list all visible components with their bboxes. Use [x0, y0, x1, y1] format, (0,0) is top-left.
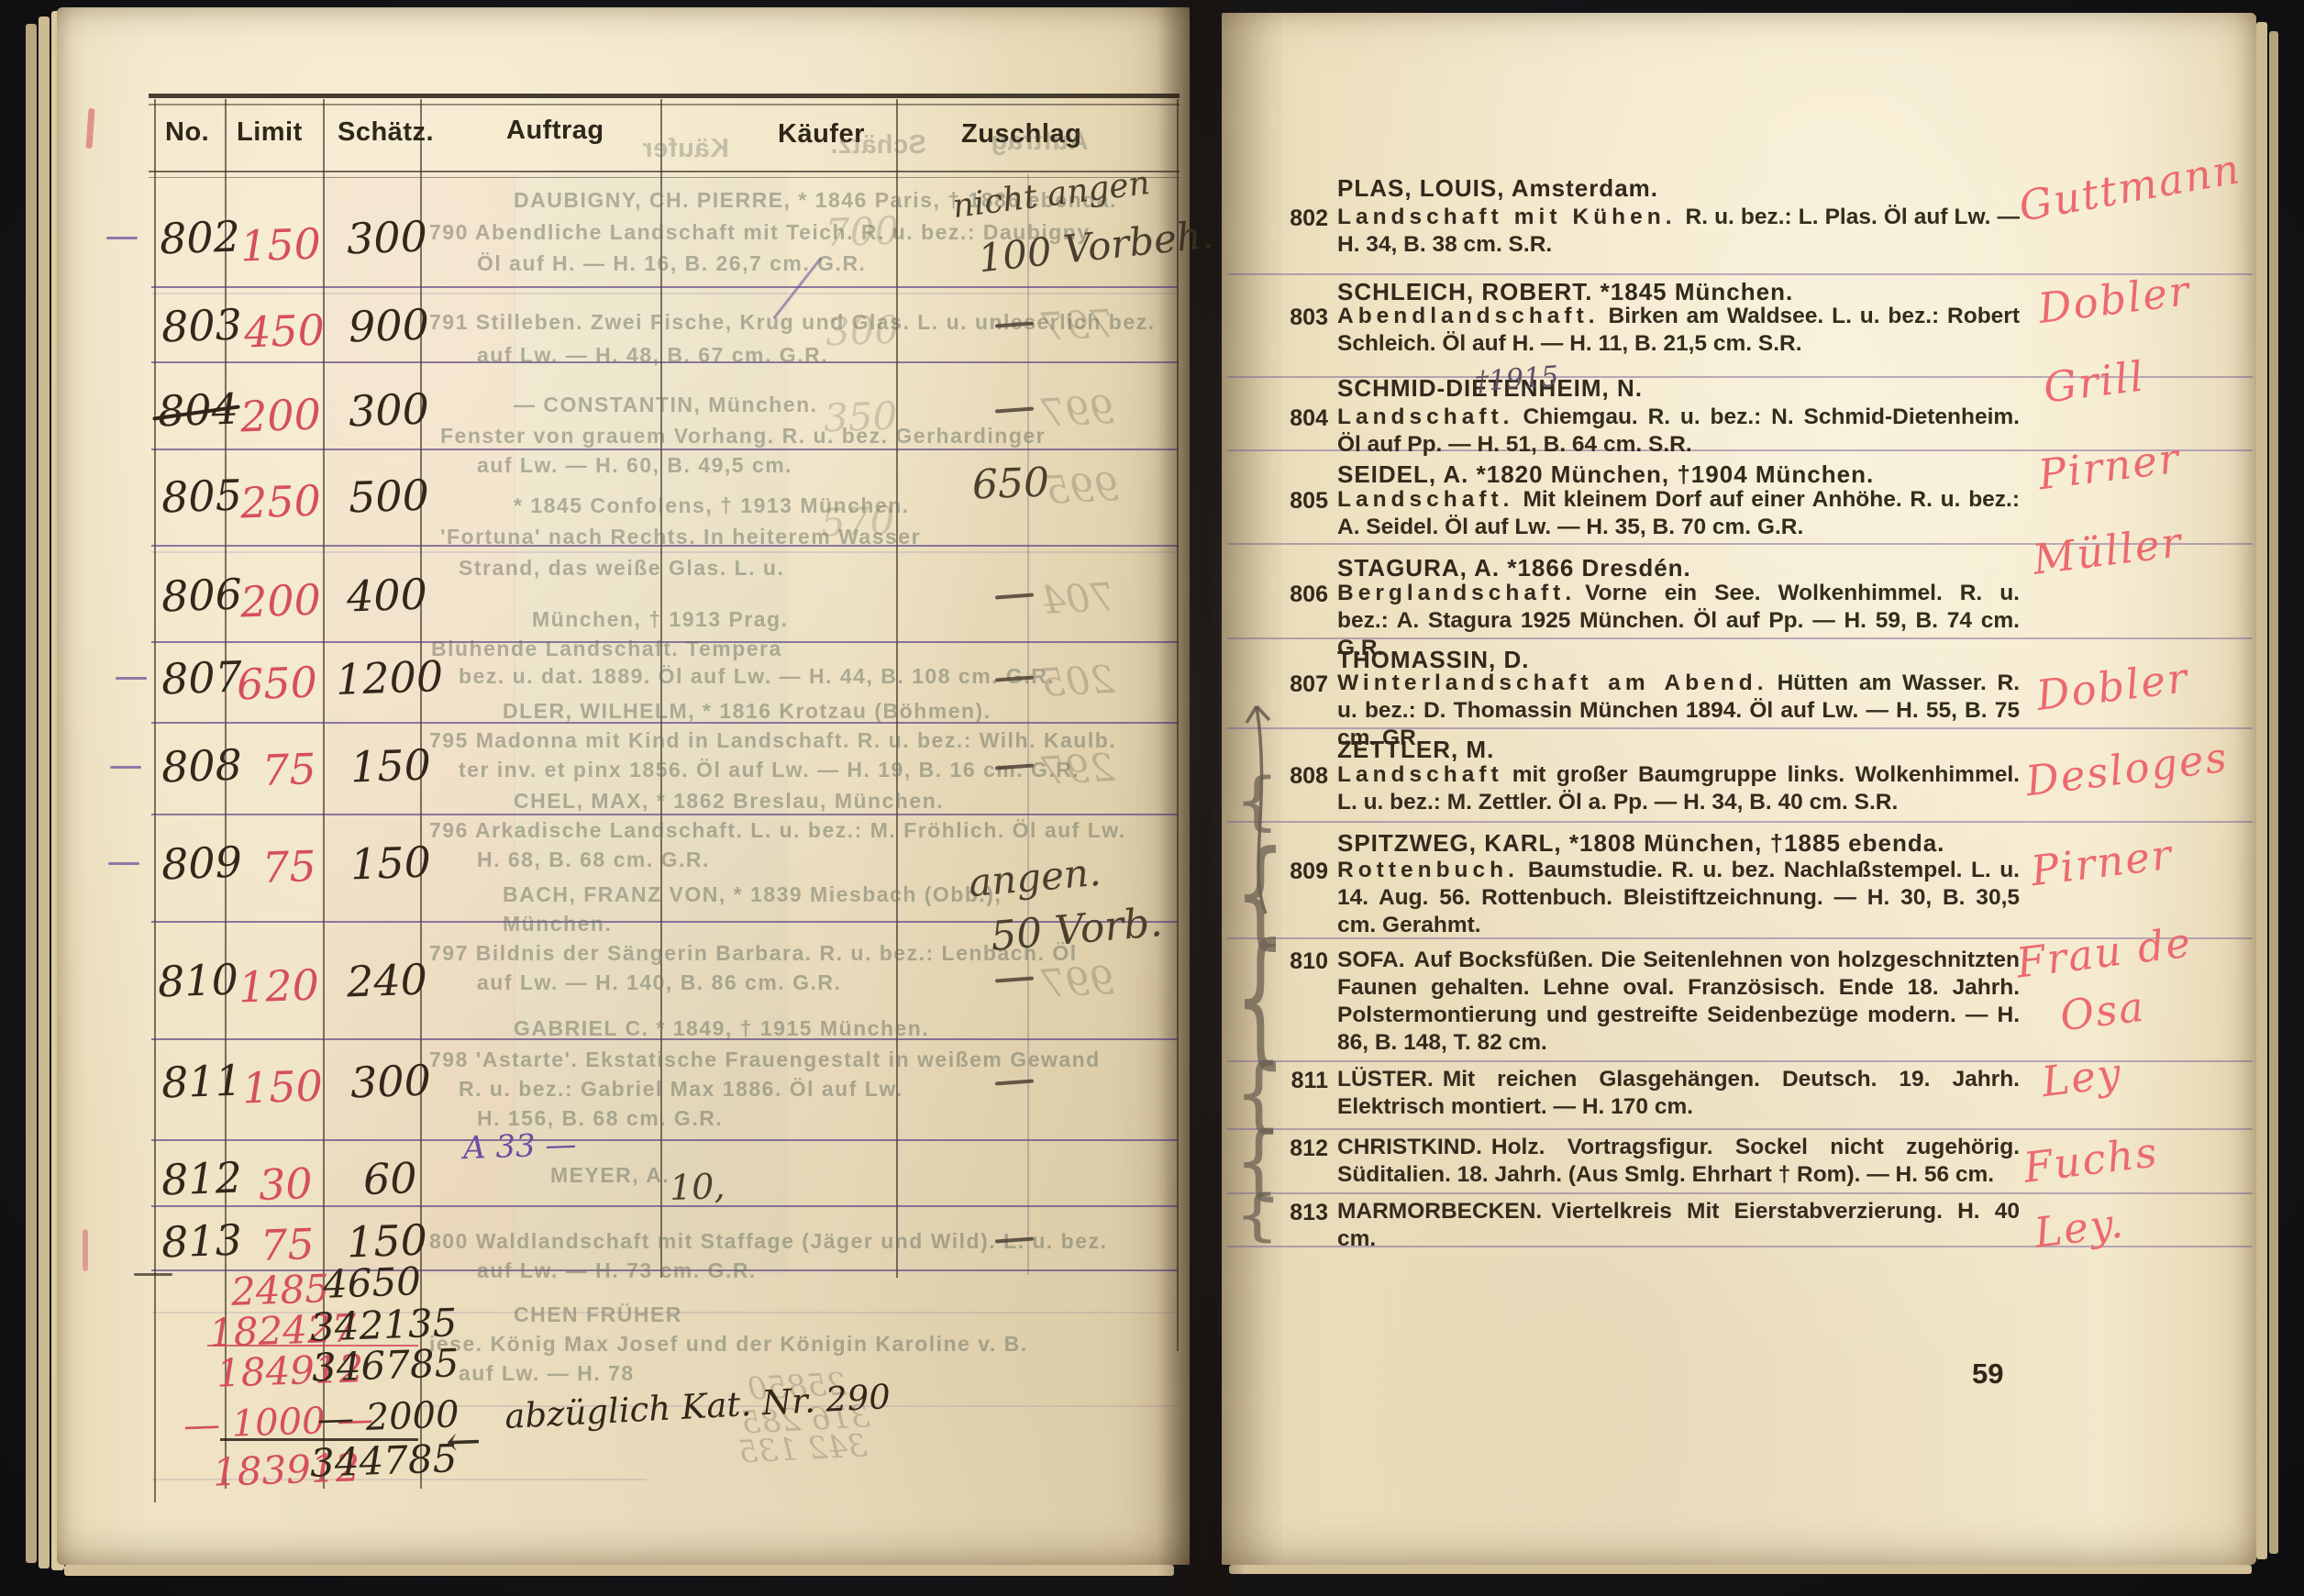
- margin-tick: [116, 677, 147, 680]
- pencil-brace-icon: [1235, 1192, 1279, 1238]
- bleedthrough-header: Schätz.: [830, 130, 926, 161]
- margin-tick: [106, 237, 138, 239]
- entry-title: Landschaft.: [1337, 487, 1514, 512]
- bleedthrough-line: ter inv. et pinx 1856. Öl auf Lw. — H. 1…: [459, 758, 1080, 782]
- catalog-entry: 810 SOFA.Auf Bocksfüßen. Die Seitenlehne…: [1280, 947, 2020, 1057]
- limit-value: 150: [241, 1060, 324, 1113]
- artist-header: PLAS, LOUIS, Amsterdam.: [1337, 174, 1658, 203]
- margin-tick: [134, 1273, 172, 1276]
- lot-no: 803: [161, 299, 243, 351]
- bleedthrough-line: iese. König Max Josef und der Königin Ka…: [429, 1332, 1028, 1357]
- column-header-auftrag: Auftrag: [506, 116, 604, 146]
- limit-value: 75: [260, 1219, 315, 1270]
- limit-value: 450: [243, 305, 326, 357]
- lot-no: 810: [157, 954, 239, 1006]
- bleedthrough-line: Fenster von grauem Vorhang. R. u. bez. G…: [440, 424, 1046, 449]
- entry-number: 808: [1280, 763, 1328, 790]
- table-top-rule: [149, 94, 1180, 98]
- entry-title: Landschaft mit Kühen.: [1337, 205, 1677, 229]
- page-stack-edge: [2256, 22, 2267, 1559]
- entry-body: Mit reichen Glasgehängen. Deutsch. 19. J…: [1337, 1067, 2020, 1119]
- entry-title: Berglandschaft.: [1337, 581, 1576, 605]
- ghost-number-mirrored: 797: [1040, 301, 1116, 349]
- row-rule: [151, 551, 1179, 553]
- entry-title: Rottenbuch.: [1337, 858, 1519, 882]
- ghost-number-mirrored: 342 135: [737, 1427, 869, 1470]
- entry-number: 802: [1280, 205, 1328, 232]
- entry-separator: [1227, 821, 2253, 823]
- bleedthrough-line: 795 Madonna mit Kind in Landschaft. R. u…: [429, 728, 1116, 753]
- bleedthrough-line: München, † 1913 Prag.: [532, 607, 788, 632]
- entry-body: Auf Bocksfüßen. Die Seitenlehnen von hol…: [1337, 948, 2020, 1055]
- entry-number: 812: [1280, 1136, 1328, 1162]
- entry-number: 813: [1280, 1200, 1328, 1226]
- ghost-number-mirrored: 297: [1040, 745, 1116, 793]
- entry-number: 807: [1280, 671, 1328, 698]
- catalog-entry: 808 Landschaftmit großer Baumgruppe link…: [1280, 761, 2020, 816]
- artist-death-note: †1915: [1474, 360, 1560, 398]
- zuschlag-value: 650: [971, 460, 1050, 509]
- page-stack-edge: [39, 17, 50, 1568]
- schaetz-value: 500: [348, 470, 430, 522]
- bleedthrough-line: München.: [503, 912, 612, 937]
- arrow-left-icon: ←: [445, 1415, 482, 1466]
- lot-no: 806: [161, 569, 243, 621]
- entry-separator: [1227, 1128, 2253, 1130]
- page-stack-edge: [1229, 1565, 2252, 1574]
- row-rule: [151, 814, 1179, 815]
- limit-value: 650: [236, 657, 318, 709]
- limit-value: 200: [239, 389, 322, 441]
- column-header-schaetz: Schätz.: [338, 117, 434, 148]
- pencil-brace-icon: [1235, 937, 1286, 1058]
- column-divider: [154, 99, 156, 1502]
- table-top-rule-2: [149, 104, 1180, 105]
- catalog-entry: 809 Rottenbuch.Baumstudie. R. u. bez. Na…: [1280, 857, 2020, 939]
- schaetz-value: 300: [346, 211, 428, 263]
- schaetz-value: 1200: [335, 651, 444, 704]
- schaetz-value: 400: [346, 569, 428, 621]
- entry-number: 806: [1280, 582, 1328, 608]
- bleedthrough-line: H. 156, B. 68 cm. G.R.: [477, 1106, 723, 1131]
- row-rule: [151, 293, 1179, 294]
- header-bottom-rule-2: [149, 177, 1180, 178]
- lot-no: 802: [159, 211, 241, 263]
- limit-value: 75: [261, 841, 316, 892]
- column-header-limit: Limit: [237, 117, 303, 148]
- schaetz-value: 300: [348, 383, 430, 436]
- bleedthrough-line: Blühende Landschaft. Tempera: [431, 637, 782, 661]
- buyer-name: Ley: [2039, 1048, 2125, 1106]
- row-rule: [151, 286, 1179, 288]
- ghost-number-mirrored: 704: [1040, 574, 1116, 623]
- entry-number: 805: [1280, 488, 1328, 515]
- bleedthrough-line: auf Lw. — H. 140, B. 86 cm. G.R.: [477, 970, 841, 995]
- artist-header: ZETTLER, M.: [1337, 736, 1494, 764]
- red-margin-stroke: [83, 1229, 88, 1271]
- auction-ledger-book-scan: No. Limit Schätz. Auftrag Käufer Zuschla…: [0, 0, 2304, 1596]
- catalog-entry: 805 Landschaft.Mit kleinem Dorf auf eine…: [1280, 486, 2020, 541]
- bleedthrough-header: Käufer: [642, 134, 729, 164]
- bleed-column-line: [1027, 174, 1029, 1275]
- bleedthrough-line: bez. u. dat. 1889. Öl auf Lw. — H. 44, B…: [459, 664, 1055, 689]
- artist-header: SPITZWEG, KARL, *1808 München, †1885 ebe…: [1337, 829, 1944, 858]
- entry-title: CHRISTKIND.: [1337, 1135, 1482, 1159]
- bleedthrough-line: auf Lw. — H. 73 cm. G.R.: [477, 1258, 757, 1283]
- bleedthrough-line: CHEL, MAX, * 1862 Breslau, München.: [514, 789, 944, 814]
- schaetz-final-total: 344785: [309, 1435, 458, 1486]
- ghost-number: 300: [825, 307, 900, 355]
- bleedthrough-line: BACH, FRANZ VON, * 1839 Miesbach (Obb.),: [503, 882, 1002, 907]
- auftrag-note: A 33 —: [462, 1126, 577, 1167]
- pencil-brace-icon: [1235, 775, 1279, 826]
- bleedthrough-line: auf Lw. — H. 48, B. 67 cm. G.R.: [477, 343, 828, 368]
- lot-no: 807: [161, 651, 243, 704]
- schaetz-value: 900: [348, 299, 430, 351]
- lot-no: 813: [161, 1214, 243, 1267]
- header-bottom-rule: [149, 171, 1180, 172]
- schaetz-value: 60: [362, 1153, 417, 1204]
- bleedthrough-line: 797 Bildnis der Sängerin Barbara. R. u. …: [429, 941, 1078, 966]
- limit-value: 120: [238, 959, 320, 1012]
- limit-value: 200: [239, 574, 322, 626]
- ghost-number-mirrored: 997: [1040, 958, 1116, 1006]
- row-rule: [151, 1139, 1179, 1141]
- entry-separator: [1227, 1192, 2253, 1194]
- catalog-entry: 812 CHRISTKIND.Holz. Vortragsfigur. Sock…: [1280, 1134, 2020, 1189]
- buyer-name-line2: Osa: [2057, 982, 2148, 1041]
- page-stack-edge: [2269, 31, 2278, 1554]
- limit-value: 250: [239, 475, 322, 527]
- schaetz-value: 150: [349, 739, 432, 792]
- catalog-entry: 813 MARMORBECKEN.Viertelkreis Mit Eierst…: [1280, 1198, 2020, 1253]
- lot-no: 808: [161, 739, 243, 792]
- entry-number: 810: [1280, 948, 1328, 975]
- entry-title: MARMORBECKEN.: [1337, 1199, 1542, 1224]
- artist-header: SEIDEL, A. *1820 München, †1904 München.: [1337, 460, 1874, 489]
- column-header-no: No.: [165, 117, 209, 148]
- entry-number: 809: [1280, 859, 1328, 885]
- artist-header: STAGURA, A. *1866 Dresdén.: [1337, 554, 1691, 582]
- bleedthrough-line: GABRIEL C. * 1849, † 1915 München.: [514, 1016, 929, 1041]
- catalog-entry: 802 Landschaft mit Kühen.R. u. bez.: L. …: [1280, 204, 2020, 259]
- limit-value: 150: [239, 218, 322, 271]
- entry-number: 803: [1280, 305, 1328, 331]
- row-rule: [151, 449, 1179, 450]
- margin-tick: [108, 862, 139, 865]
- schaetz-value: 150: [349, 837, 432, 889]
- bleedthrough-line: 796 Arkadische Landschaft. L. u. bez.: M…: [429, 818, 1126, 843]
- limit-value: 30: [258, 1158, 313, 1210]
- page-stack-edge: [64, 1565, 1174, 1576]
- catalog-entry: 803 Abendlandschaft.Birken am Waldsee. L…: [1280, 303, 2020, 358]
- schaetz-total: 4650: [322, 1258, 422, 1307]
- bleedthrough-line: CHEN FRÜHER: [514, 1302, 682, 1327]
- bleedthrough-line: DLER, WILHELM, * 1816 Krotzau (Böhmen).: [503, 699, 991, 724]
- entry-title: Landschaft: [1337, 762, 1503, 787]
- ghost-number-mirrored: 205: [1040, 657, 1116, 705]
- limit-value: 75: [261, 744, 316, 795]
- ghost-number-mirrored: 995: [1045, 464, 1121, 513]
- bleedthrough-line: MEYER, A.: [550, 1163, 670, 1188]
- lot-no: 809: [161, 837, 243, 889]
- entry-number: 811: [1280, 1068, 1328, 1094]
- lot-no: 805: [161, 470, 243, 522]
- schaetz-total: 346785: [311, 1340, 460, 1391]
- bleedthrough-header: Auftrag: [991, 127, 1089, 157]
- catalog-entry: 811 LÜSTER.Mit reichen Glasgehängen. Deu…: [1280, 1066, 2020, 1121]
- entry-separator: [1227, 273, 2253, 275]
- catalog-entry: 804 Landschaft.Chiemgau. R. u. bez.: N. …: [1280, 404, 2020, 459]
- bleedthrough-line: 798 'Astarte'. Ekstatische Frauengestalt…: [429, 1047, 1101, 1072]
- page-number: 59: [1972, 1358, 2003, 1391]
- schaetz-value: 300: [349, 1055, 432, 1107]
- entry-title: SOFA.: [1337, 948, 1405, 972]
- kaeufer-note: 10,: [669, 1166, 726, 1208]
- schaetz-deduction: — 2000: [316, 1393, 460, 1440]
- ghost-number-mirrored: 997: [1040, 387, 1116, 436]
- ghost-number: 350: [823, 393, 898, 441]
- margin-tick: [110, 766, 141, 769]
- entry-number: 804: [1280, 405, 1328, 432]
- ghost-number: 570: [820, 498, 895, 546]
- lot-no: 811: [161, 1055, 243, 1107]
- schaetz-value: 240: [346, 954, 428, 1006]
- entry-title: Winterlandschaft am Abend.: [1337, 671, 1768, 695]
- page-stack-edge: [26, 24, 37, 1563]
- bleedthrough-line: H. 68, B. 68 cm. G.R.: [477, 848, 710, 872]
- bleedthrough-line: R. u. bez.: Gabriel Max 1886. Öl auf Lw.: [459, 1077, 903, 1102]
- bleedthrough-line: auf Lw. — H. 78: [459, 1361, 635, 1386]
- bleedthrough-line: Strand, das weiße Glas. L. u.: [459, 556, 784, 581]
- lot-no: 812: [161, 1152, 243, 1204]
- entry-title: Landschaft.: [1337, 405, 1514, 429]
- entry-title: Abendlandschaft.: [1337, 304, 1600, 328]
- bleedthrough-line: — CONSTANTIN, München.: [514, 393, 818, 417]
- ghost-number: 700: [825, 208, 900, 256]
- bleedthrough-line: auf Lw. — H. 60, B. 49,5 cm.: [477, 453, 792, 478]
- entry-title: LÜSTER.: [1337, 1067, 1434, 1092]
- bleedthrough-line: Öl auf H. — H. 16, B. 26,7 cm. G.R.: [477, 251, 866, 276]
